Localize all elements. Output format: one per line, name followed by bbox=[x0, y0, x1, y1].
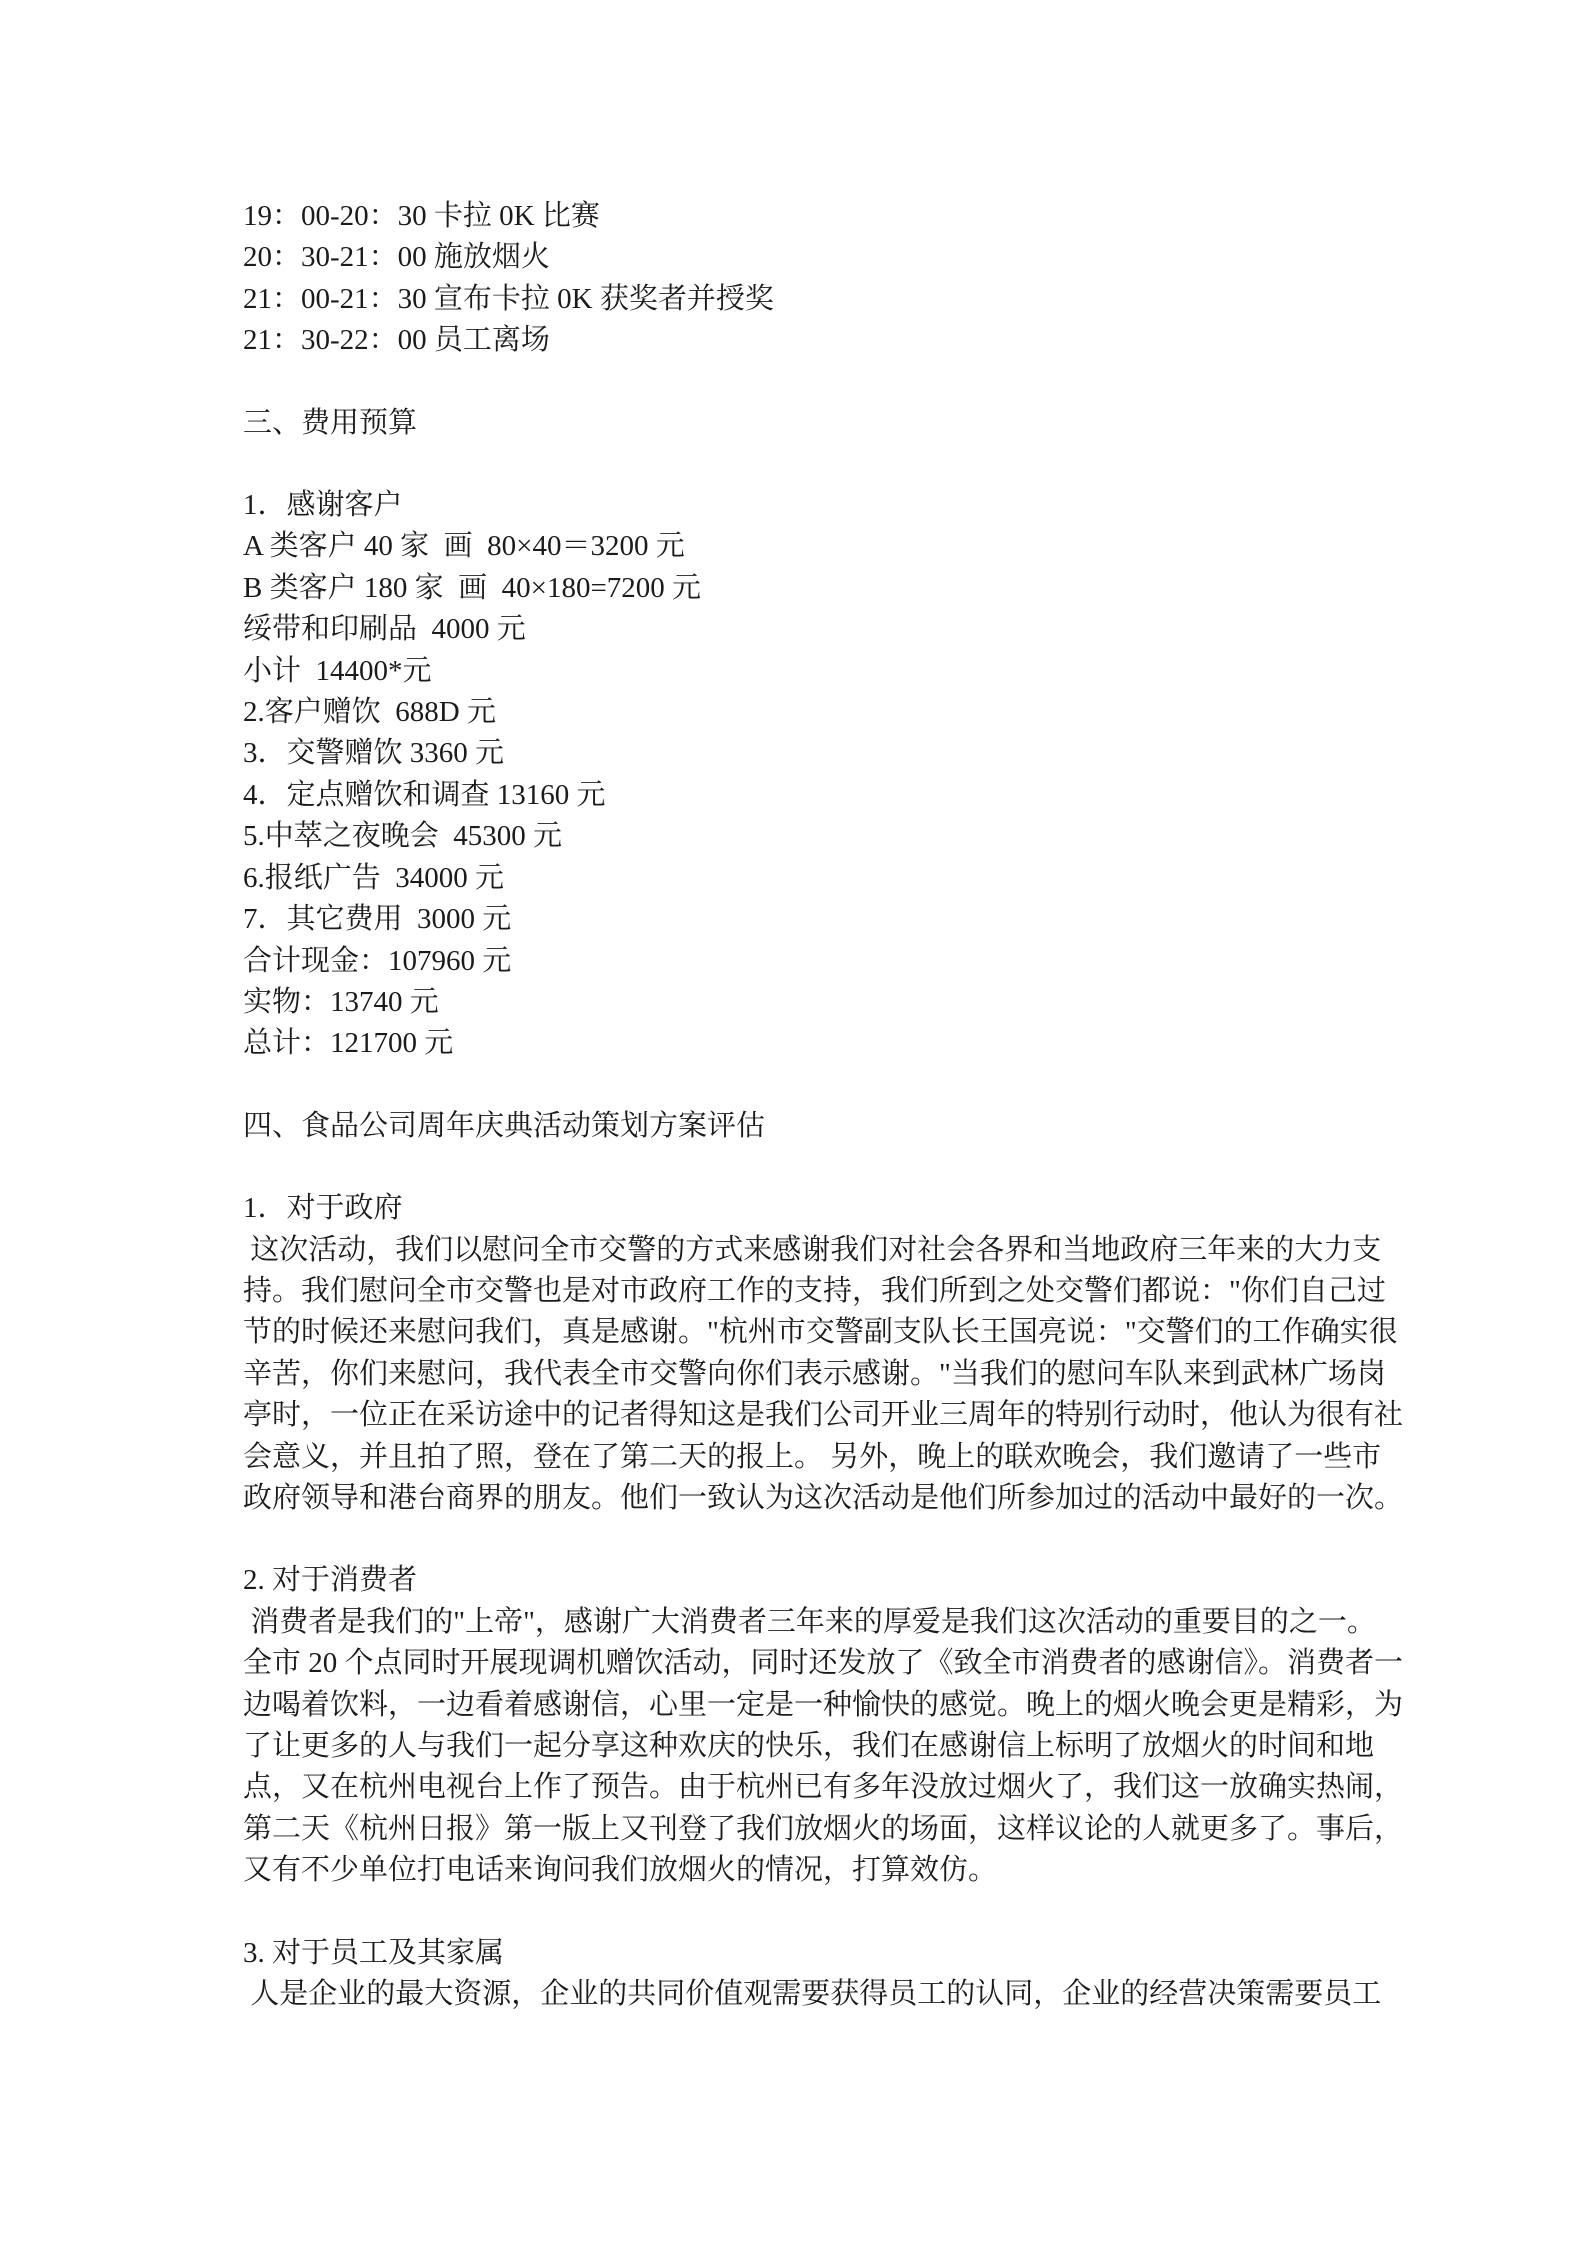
budget-grand-total-line: 总计：121700 元 bbox=[243, 1023, 1368, 1064]
budget-line: 小计 14400*元 bbox=[243, 651, 1368, 692]
budget-line: 1．感谢客户 bbox=[243, 485, 1368, 526]
budget-section-heading: 三、费用预算 bbox=[243, 403, 1368, 444]
paragraph-line: 了让更多的人与我们一起分享这种欢庆的快乐，我们在感谢信上标明了放烟火的时间和地 bbox=[243, 1726, 1368, 1767]
blank-line bbox=[243, 444, 1368, 485]
budget-total-cash-line: 合计现金：107960 元 bbox=[243, 941, 1368, 982]
paragraph-line: 消费者是我们的"上帝"，感谢广大消费者三年来的厚爱是我们这次活动的重要目的之一。 bbox=[243, 1602, 1368, 1643]
budget-line: A 类客户 40 家 画 80×40＝3200 元 bbox=[243, 526, 1368, 567]
budget-line: 3．交警赠饮 3360 元 bbox=[243, 733, 1368, 774]
budget-in-kind-line: 实物：13740 元 bbox=[243, 982, 1368, 1023]
paragraph-line: 辛苦，你们来慰问，我代表全市交警向你们表示感谢。"当我们的慰问车队来到武林广场岗 bbox=[243, 1354, 1368, 1395]
schedule-line: 21：30-22：00 员工离场 bbox=[243, 320, 1368, 361]
schedule-line: 21：00-21：30 宣布卡拉 0K 获奖者并授奖 bbox=[243, 279, 1368, 320]
paragraph-line: 持。我们慰问全市交警也是对市政府工作的支持，我们所到之处交警们都说："你们自己过 bbox=[243, 1271, 1368, 1312]
paragraph-line: 政府领导和港台商界的朋友。他们一致认为这次活动是他们所参加过的活动中最好的一次。 bbox=[243, 1478, 1368, 1519]
blank-line bbox=[243, 1065, 1368, 1106]
budget-line: B 类客户 180 家 画 40×180=7200 元 bbox=[243, 568, 1368, 609]
budget-line: 7．其它费用 3000 元 bbox=[243, 899, 1368, 940]
blank-line bbox=[243, 1519, 1368, 1560]
employees-subheading: 3. 对于员工及其家属 bbox=[243, 1933, 1368, 1974]
paragraph-line: 又有不少单位打电话来询问我们放烟火的情况，打算效仿。 bbox=[243, 1850, 1368, 1891]
document-content: 19：00-20：30 卡拉 0K 比赛 20：30-21：00 施放烟火 21… bbox=[243, 196, 1368, 2015]
paragraph-line: 点，又在杭州电视台上作了预告。由于杭州已有多年没放过烟火了，我们这一放确实热闹， bbox=[243, 1767, 1368, 1808]
budget-line: 5.中萃之夜晚会 45300 元 bbox=[243, 816, 1368, 857]
budget-line: 绥带和印刷品 4000 元 bbox=[243, 609, 1368, 650]
paragraph-line: 人是企业的最大资源，企业的共同价值观需要获得员工的认同，企业的经营决策需要员工 bbox=[243, 1974, 1368, 2015]
schedule-line: 20：30-21：00 施放烟火 bbox=[243, 237, 1368, 278]
paragraph-line: 边喝着饮料，一边看着感谢信，心里一定是一种愉快的感觉。晚上的烟火晚会更是精彩，为 bbox=[243, 1685, 1368, 1726]
budget-line: 6.报纸广告 34000 元 bbox=[243, 858, 1368, 899]
schedule-line: 19：00-20：30 卡拉 0K 比赛 bbox=[243, 196, 1368, 237]
paragraph-line: 全市 20 个点同时开展现调机赠饮活动，同时还发放了《致全市消费者的感谢信》。消… bbox=[243, 1643, 1368, 1684]
government-subheading: 1．对于政府 bbox=[243, 1188, 1368, 1229]
blank-line bbox=[243, 1892, 1368, 1933]
budget-line: 2.客户赠饮 688D 元 bbox=[243, 692, 1368, 733]
paragraph-line: 会意义，并且拍了照，登在了第二天的报上。 另外，晚上的联欢晚会，我们邀请了一些市 bbox=[243, 1437, 1368, 1478]
blank-line bbox=[243, 362, 1368, 403]
paragraph-line: 第二天《杭州日报》第一版上又刊登了我们放烟火的场面，这样议论的人就更多了。事后， bbox=[243, 1809, 1368, 1850]
paragraph-line: 节的时候还来慰问我们，真是感谢。"杭州市交警副支队长王国亮说："交警们的工作确实… bbox=[243, 1312, 1368, 1353]
document-page: 19：00-20：30 卡拉 0K 比赛 20：30-21：00 施放烟火 21… bbox=[0, 0, 1594, 2252]
consumers-subheading: 2. 对于消费者 bbox=[243, 1560, 1368, 1601]
budget-line: 4．定点赠饮和调查 13160 元 bbox=[243, 775, 1368, 816]
blank-line bbox=[243, 1147, 1368, 1188]
evaluation-section-heading: 四、食品公司周年庆典活动策划方案评估 bbox=[243, 1106, 1368, 1147]
paragraph-line: 这次活动，我们以慰问全市交警的方式来感谢我们对社会各界和当地政府三年来的大力支 bbox=[243, 1230, 1368, 1271]
paragraph-line: 亭时，一位正在采访途中的记者得知这是我们公司开业三周年的特别行动时，他认为很有社 bbox=[243, 1395, 1368, 1436]
